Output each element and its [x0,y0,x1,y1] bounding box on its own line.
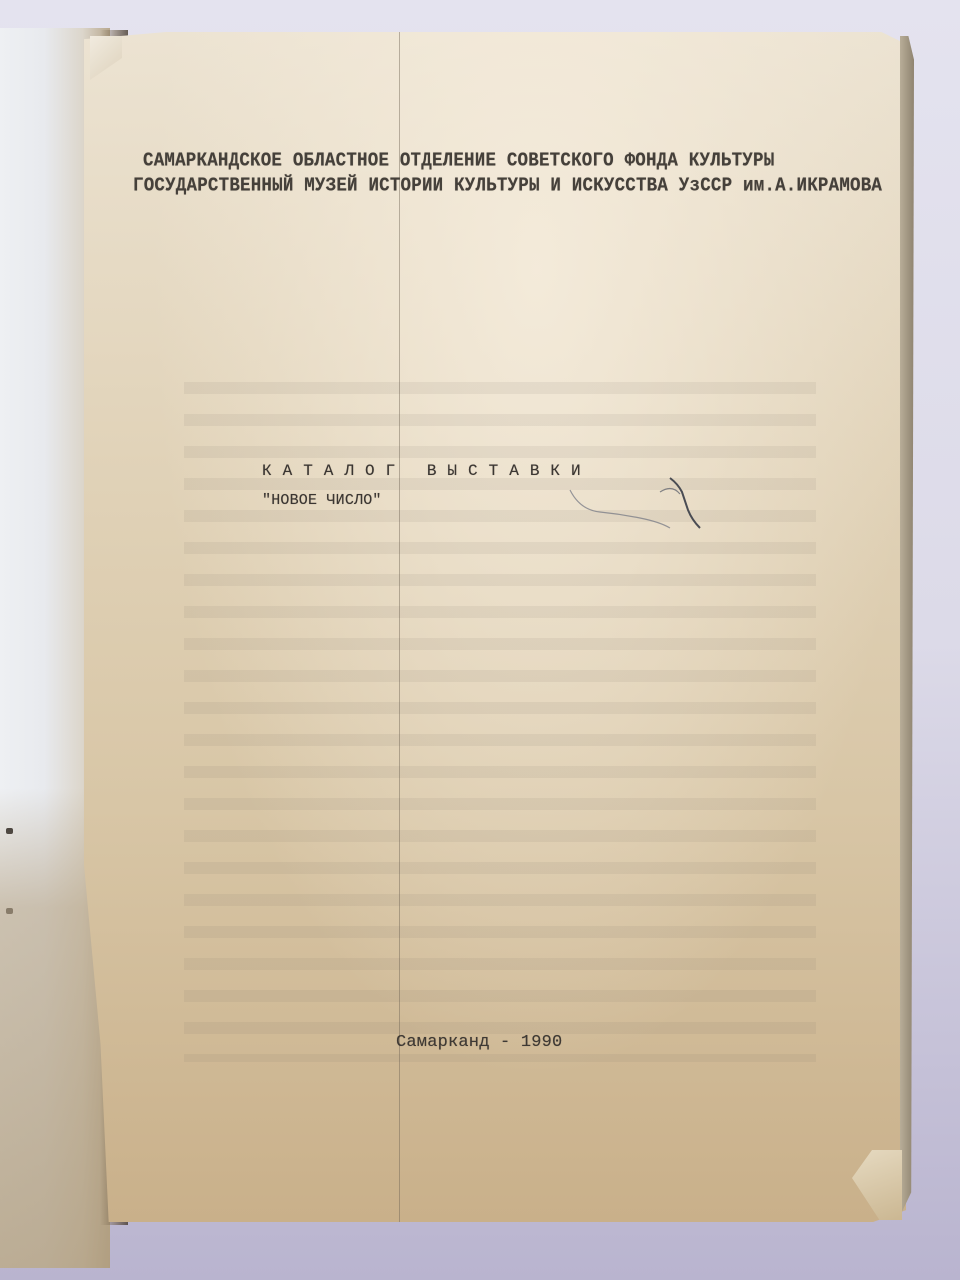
place-and-year: Самарканд - 1990 [396,1033,562,1052]
header-museum: ГОСУДАРСТВЕННЫЙ МУЗЕЙ ИСТОРИИ КУЛЬТУРЫ И… [133,175,882,197]
catalog-title: КАТАЛОГ ВЫСТАВКИ [262,462,592,480]
header-organization: САМАРКАНДСКОЕ ОБЛАСТНОЕ ОТДЕЛЕНИЕ СОВЕТС… [143,150,774,172]
binding-hole [6,828,13,834]
exhibition-name: "НОВОЕ ЧИСЛО" [262,492,382,509]
stacked-page-edges [900,36,914,1216]
binding-hole [6,908,13,914]
signature-icon [560,470,710,540]
